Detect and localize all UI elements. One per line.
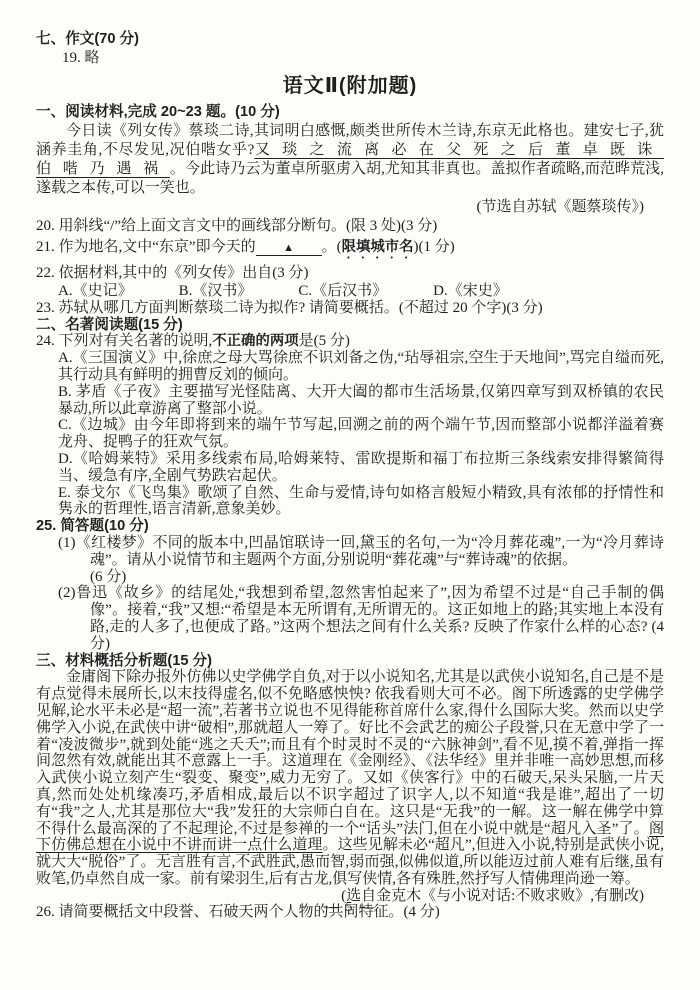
question-21: 21. 作为地名,文中“东京”即今天的▲。(限填城市名)(1 分) bbox=[36, 238, 664, 262]
question-25-heading: 25. 简答题(10 分) bbox=[36, 518, 664, 535]
emphasized-text: 限填城市名 bbox=[342, 239, 414, 255]
choice-option: C.《后汉书》 bbox=[298, 283, 387, 300]
text-segment: 21. 作为地名,文中“东京”即今天的 bbox=[36, 239, 256, 255]
text-segment: 23. 苏轼从哪几方面判断蔡琰二诗为拟作? 请简要概括。(不超过 20 个字)(… bbox=[36, 300, 543, 316]
text-segment: 24. 下列对有关名著的说明, bbox=[36, 333, 212, 349]
question-22-options: A.《史记》B.《汉书》C.《后汉书》D.《宋史》 bbox=[36, 283, 664, 300]
choice-option: A.《史记》 bbox=[58, 283, 133, 300]
document-body: 七、作文(70 分)19. 略语文Ⅱ(附加题)一、阅读材料,完成 20~23 题… bbox=[36, 30, 664, 921]
choice-option: D.《宋史》 bbox=[433, 283, 508, 300]
text-segment: 25. 简答题(10 分) bbox=[36, 518, 149, 534]
section-3-heading: 三、材料概括分析题(15 分) bbox=[36, 653, 664, 670]
text-segment: A.《三国演义》中,徐庶之母大骂徐庶不识刘备之伪,“玷辱祖宗,空生于天地间”,骂… bbox=[58, 350, 664, 383]
question-25-1: (1)《红楼梦》不同的版本中,凹晶馆联诗一回,黛玉的名句,一为“冷月葬花魂”,一… bbox=[36, 535, 664, 585]
section-7-heading: 七、作文(70 分) bbox=[36, 30, 664, 49]
classical-passage: 今日读《列女传》蔡琰二诗,其词明白感慨,颇类世所传木兰诗,东京无此格也。建安七子… bbox=[36, 122, 664, 198]
section-2-heading: 二、名著阅读题(15 分) bbox=[36, 317, 664, 334]
option-24-d: D.《哈姆莱特》采用多线索布局,哈姆莱特、雷欧提斯和福丁布拉斯三条线索安排得繁简… bbox=[36, 451, 664, 485]
text-segment: (节选自苏轼《题蔡琰传》) bbox=[477, 199, 645, 215]
text-segment: )(1 分) bbox=[414, 239, 455, 255]
text-segment: 。( bbox=[322, 239, 342, 255]
text-segment: 一、阅读材料,完成 20~23 题。(10 分) bbox=[36, 104, 280, 120]
text-segment: C.《边城》由今年即将到来的端午节写起,回溯之前的两个端午节,因而整部小说都洋溢… bbox=[58, 417, 664, 450]
text-segment: (6 分) bbox=[90, 569, 126, 585]
jinkemu-passage: 金庸阁下除办报外仿佛以史学佛学自负,对于以小说知名,尤其是以武侠小说知名,自己是… bbox=[36, 669, 664, 887]
question-22: 22. 依据材料,其中的《列女传》出自(3 分) bbox=[36, 264, 664, 283]
text-segment: 三、材料概括分析题(15 分) bbox=[36, 653, 212, 669]
text-segment: 七、作文(70 分) bbox=[36, 31, 139, 47]
section-1-heading: 一、阅读材料,完成 20~23 题。(10 分) bbox=[36, 103, 664, 122]
answer-blank-triangle: ▲ bbox=[256, 242, 322, 256]
text-segment: 金庸阁下除办报外仿佛以史学佛学自负,对于以小说知名,尤其是以武侠小说知名,自己是… bbox=[36, 669, 664, 836]
text-segment: 20. 用斜线“/”给上面文言文中的画线部分断句。(限 3 处)(3 分) bbox=[36, 218, 437, 234]
text-segment: (1)《红楼梦》不同的版本中,凹晶馆联诗一回,黛玉的名句,一为“冷月葬花魂”,一… bbox=[58, 535, 664, 568]
option-24-a: A.《三国演义》中,徐庶之母大骂徐庶不识刘备之伪,“玷辱祖宗,空生于天地间”,骂… bbox=[36, 350, 664, 384]
text-segment: B. 茅盾《子夜》主要描写光怪陆离、大开大阖的都市生活场景,仅第四章写到双桥镇的… bbox=[58, 384, 664, 417]
paper-title: 语文Ⅱ(附加题) bbox=[36, 74, 664, 98]
passage-source: (节选自苏轼《题蔡琰传》) bbox=[36, 198, 664, 217]
option-24-e: E. 泰戈尔《飞鸟集》歌颂了自然、生命与爱情,诗句如格言般短小精致,具有浓郁的抒… bbox=[36, 485, 664, 519]
option-24-c: C.《边城》由今年即将到来的端午节写起,回溯之前的两个端午节,因而整部小说都洋溢… bbox=[36, 417, 664, 451]
text-segment: D.《哈姆莱特》采用多线索布局,哈姆莱特、雷欧提斯和福丁布拉斯三条线索安排得繁简… bbox=[58, 451, 664, 484]
item-19: 19. 略 bbox=[36, 49, 664, 68]
text-segment: (2)鲁迅《故乡》的结尾处,“我想到希望,忽然害怕起来了”,因为希望不过是“自己… bbox=[58, 585, 664, 651]
option-24-b: B. 茅盾《子夜》主要描写光怪陆离、大开大阖的都市生活场景,仅第四章写到双桥镇的… bbox=[36, 384, 664, 418]
choice-option: B.《汉书》 bbox=[179, 283, 253, 300]
text-segment: 语文Ⅱ(附加题) bbox=[283, 75, 418, 97]
question-23: 23. 苏轼从哪几方面判断蔡琰二诗为拟作? 请简要概括。(不超过 20 个字)(… bbox=[36, 300, 664, 317]
text-segment: 二、名著阅读题(15 分) bbox=[36, 317, 183, 333]
text-segment: E. 泰戈尔《飞鸟集》歌颂了自然、生命与爱情,诗句如格言般短小精致,具有浓郁的抒… bbox=[58, 485, 664, 518]
question-20: 20. 用斜线“/”给上面文言文中的画线部分断句。(限 3 处)(3 分) bbox=[36, 217, 664, 236]
question-24: 24. 下列对有关名著的说明,不正确的两项是(5 分) bbox=[36, 333, 664, 350]
page-number: — 5 — bbox=[0, 900, 700, 916]
text-segment: 19. 略 bbox=[62, 50, 100, 66]
question-25-2: (2)鲁迅《故乡》的结尾处,“我想到希望,忽然害怕起来了”,因为希望不过是“自己… bbox=[36, 585, 664, 652]
exam-paper-page: 七、作文(70 分)19. 略语文Ⅱ(附加题)一、阅读材料,完成 20~23 题… bbox=[0, 0, 700, 990]
text-segment: 是(5 分) bbox=[299, 333, 350, 349]
text-segment: 不正确的两项 bbox=[212, 333, 298, 349]
text-segment: 22. 依据材料,其中的《列女传》出自(3 分) bbox=[36, 265, 309, 281]
